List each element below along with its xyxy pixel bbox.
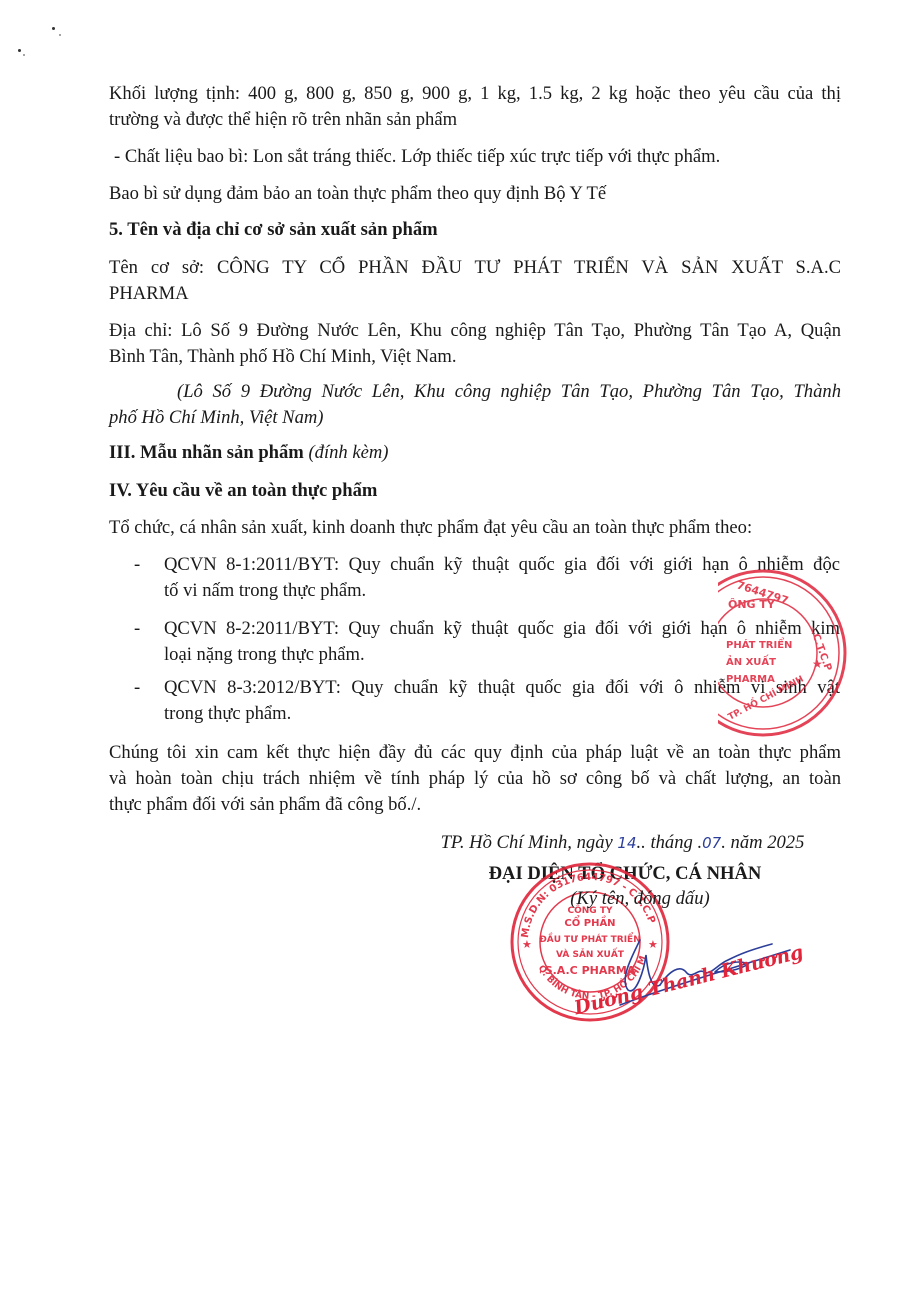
- bullet-dash: -: [134, 552, 140, 578]
- svg-text:★: ★: [522, 938, 532, 951]
- facility-new-address-cont: phố Hồ Chí Minh, Việt Nam): [109, 405, 841, 431]
- regulation-item: QCVN 8-3:2012/BYT: Quy chuẩn kỹ thuật qu…: [164, 675, 840, 701]
- facility-name-cont: PHARMA: [109, 281, 841, 307]
- scan-speck: [52, 27, 55, 30]
- seal-line: ĐẦU TƯ PHÁT TRIỂN: [539, 932, 641, 945]
- section-4-heading: IV. Yêu cầu về an toàn thực phẩm: [109, 478, 841, 504]
- seal-line: CỔ PHẦN: [564, 914, 615, 929]
- commitment-line: và hoàn toàn chịu trách nhiệm về tính ph…: [109, 766, 841, 792]
- regulation-item: QCVN 8-2:2011/BYT: Quy chuẩn kỹ thuật qu…: [164, 616, 840, 642]
- representative-title: ĐẠI DIỆN TỔ CHỨC, CÁ NHÂN: [440, 861, 810, 887]
- date-year: năm 2025: [731, 832, 805, 853]
- date-month: 07: [702, 834, 721, 852]
- sign-instruction: (Ký tên, đóng dấu): [520, 886, 760, 912]
- signer-name: Dương Thanh Khương: [572, 941, 805, 1019]
- seal-line: VÀ SẢN XUẤT: [556, 947, 625, 960]
- facility-address: Địa chỉ: Lô Số 9 Đường Nước Lên, Khu côn…: [109, 318, 841, 344]
- regulation-item: QCVN 8-1:2011/BYT: Quy chuẩn kỹ thuật qu…: [164, 552, 840, 578]
- section-5-heading: 5. Tên và địa chỉ cơ sở sản xuất sản phẩ…: [109, 217, 841, 243]
- date-day: 14: [617, 834, 636, 852]
- commitment-line: thực phẩm đối với sản phẩm đã công bố./.: [109, 792, 841, 818]
- regulation-item-cont: loại nặng trong thực phẩm.: [164, 642, 840, 668]
- regulation-item-cont: trong thực phẩm.: [164, 701, 840, 727]
- date-line: TP. Hồ Chí Minh, ngày 14.. tháng .07. nă…: [410, 830, 835, 856]
- section-3-heading: III. Mẫu nhãn sản phẩm: [109, 442, 304, 463]
- scan-speck: [18, 49, 21, 52]
- section-3: III. Mẫu nhãn sản phẩm (đính kèm): [109, 440, 841, 466]
- seal-line: S.A.C PHARMA: [545, 964, 636, 977]
- date-prefix: TP. Hồ Chí Minh, ngày: [441, 832, 613, 853]
- facility-address-cont: Bình Tân, Thành phố Hồ Chí Minh, Việt Na…: [109, 344, 841, 370]
- date-month-prefix: tháng: [650, 832, 692, 853]
- svg-text:★: ★: [648, 938, 658, 951]
- document-page: Khối lượng tịnh: 400 g, 800 g, 850 g, 90…: [0, 0, 922, 1306]
- packaging-safety: Bao bì sử dụng đảm bảo an toàn thực phẩm…: [109, 181, 841, 207]
- facility-new-address: (Lô Số 9 Đường Nước Lên, Khu công nghiệp…: [177, 379, 841, 405]
- commitment-line: Chúng tôi xin cam kết thực hiện đầy đủ c…: [109, 740, 841, 766]
- scan-speck: [23, 54, 25, 56]
- packaging-material: - Chất liệu bao bì: Lon sắt tráng thiếc.…: [114, 144, 846, 170]
- bullet-dash: -: [134, 616, 140, 642]
- net-weight-line: Khối lượng tịnh: 400 g, 800 g, 850 g, 90…: [109, 81, 841, 107]
- bullet-dash: -: [134, 675, 140, 701]
- net-weight-line-cont: trường và được thể hiện rõ trên nhãn sản…: [109, 107, 841, 133]
- section-3-note: (đính kèm): [308, 442, 388, 463]
- scan-speck: [59, 34, 61, 36]
- section-4-intro: Tổ chức, cá nhân sản xuất, kinh doanh th…: [109, 515, 841, 541]
- facility-name: Tên cơ sở: CÔNG TY CỔ PHẦN ĐẦU TƯ PHÁT T…: [109, 255, 841, 281]
- regulation-item-cont: tố vi nấm trong thực phẩm.: [164, 578, 840, 604]
